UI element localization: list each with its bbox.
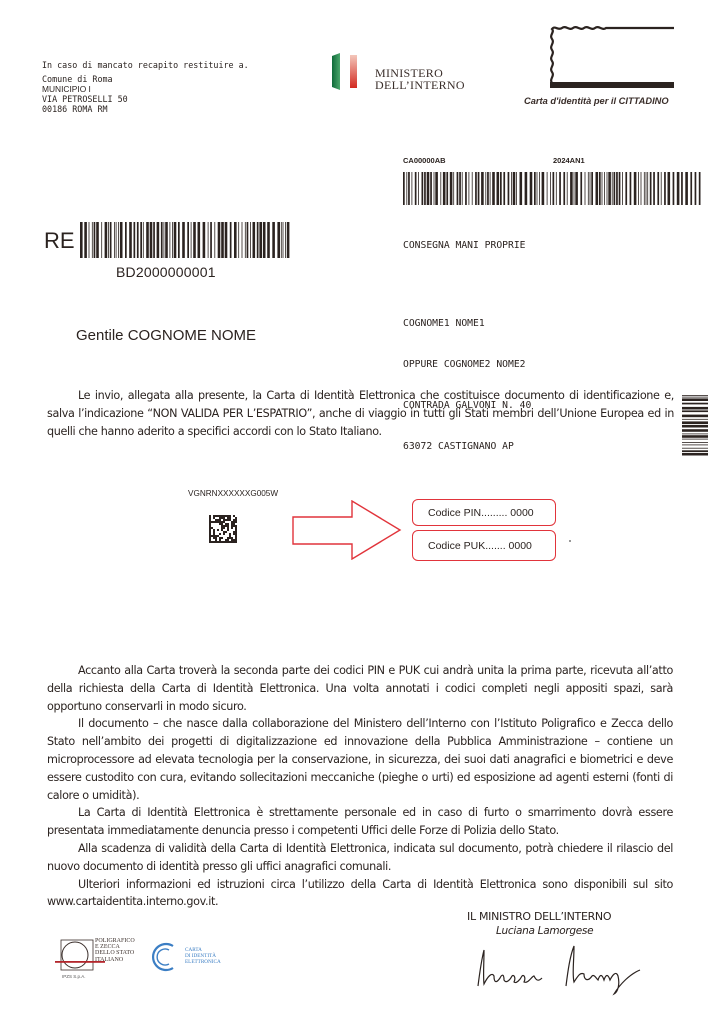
ipzs-line: DELLO STATO bbox=[95, 950, 135, 956]
ministry-logo: MINISTERO DELL’INTERNO bbox=[330, 52, 480, 92]
shipping-code: CA00000AB bbox=[403, 156, 446, 165]
salutation: Gentile COGNOME NOME bbox=[76, 327, 256, 344]
cie-line: ELETTRONICA bbox=[185, 959, 221, 965]
pin-code-box: Codice PIN......... 0000 bbox=[412, 499, 556, 526]
puk-code: Codice PUK....... 0000 bbox=[428, 540, 532, 552]
pin-code: Codice PIN......... 0000 bbox=[428, 507, 534, 519]
intro-paragraph: Le invio, allegata alla presente, la Car… bbox=[47, 387, 674, 440]
return-address-line: 00186 ROMA RM bbox=[42, 104, 249, 114]
return-address-line: Comune di Roma bbox=[42, 74, 249, 84]
registered-mail-label: RE bbox=[44, 228, 75, 254]
recipient-line: 63072 CASTIGNANO AP bbox=[403, 440, 531, 454]
shipping-barcode bbox=[403, 172, 703, 205]
body-paragraph: Accanto alla Carta troverà la seconda pa… bbox=[47, 662, 673, 715]
signature-icon bbox=[470, 940, 650, 996]
side-barcode bbox=[682, 395, 708, 459]
delivery-note: CONSEGNA MANI PROPRIE bbox=[403, 239, 531, 253]
postage-stamp-frame-icon bbox=[548, 24, 674, 88]
cie-number: VGNRNXXXXXXG005W bbox=[188, 489, 278, 498]
registered-mail-barcode bbox=[80, 222, 292, 258]
minister-title: IL MINISTRO DELL’INTERNO bbox=[467, 910, 611, 923]
return-address-lead: In caso di mancato recapito restituire a… bbox=[42, 60, 249, 70]
ipzs-name: POLIGRAFICO E ZECCA DELLO STATO ITALIANO bbox=[95, 938, 135, 963]
recipient-line: OPPURE COGNOME2 NOME2 bbox=[403, 358, 531, 372]
cie-logo-icon bbox=[148, 939, 178, 975]
body-paragraph: La Carta di Identità Elettronica è stret… bbox=[47, 804, 673, 840]
recipient-line: COGNOME1 NOME1 bbox=[403, 317, 531, 331]
ministry-name-line2: DELL’INTERNO bbox=[375, 79, 465, 91]
minister-name: Luciana Lamorgese bbox=[496, 925, 593, 937]
letter-body: Accanto alla Carta troverà la seconda pa… bbox=[47, 662, 673, 911]
return-address: In caso di mancato recapito restituire a… bbox=[42, 60, 249, 114]
body-paragraph: Ulteriori informazioni ed istruzioni cir… bbox=[47, 876, 673, 912]
body-paragraph: Alla scadenza di validità della Carta di… bbox=[47, 840, 673, 876]
cie-logo-text: CARTA DI IDENTITÀ ELETTRONICA bbox=[185, 947, 221, 965]
intro-text: Le invio, allegata alla presente, la Car… bbox=[47, 387, 674, 440]
body-paragraph: Il documento – che nasce dalla collabora… bbox=[47, 715, 673, 804]
puk-code-box: Codice PUK....... 0000 bbox=[412, 530, 556, 561]
print-mark bbox=[569, 540, 571, 542]
registered-mail-code: BD2000000001 bbox=[116, 264, 216, 280]
datamatrix-code-icon bbox=[209, 515, 237, 543]
arrow-right-icon bbox=[292, 500, 402, 560]
ipzs-spa: IPZS S.p.A. bbox=[62, 974, 86, 979]
ipzs-line: ITALIANO bbox=[95, 957, 135, 963]
stamp-caption: Carta d'identità per il CITTADINO bbox=[524, 96, 669, 106]
italian-flag-icon bbox=[330, 52, 370, 92]
return-address-line: MUNICIPIO I bbox=[42, 84, 249, 94]
batch-code: 2024AN1 bbox=[553, 156, 585, 165]
return-address-line: VIA PETROSELLI 50 bbox=[42, 94, 249, 104]
